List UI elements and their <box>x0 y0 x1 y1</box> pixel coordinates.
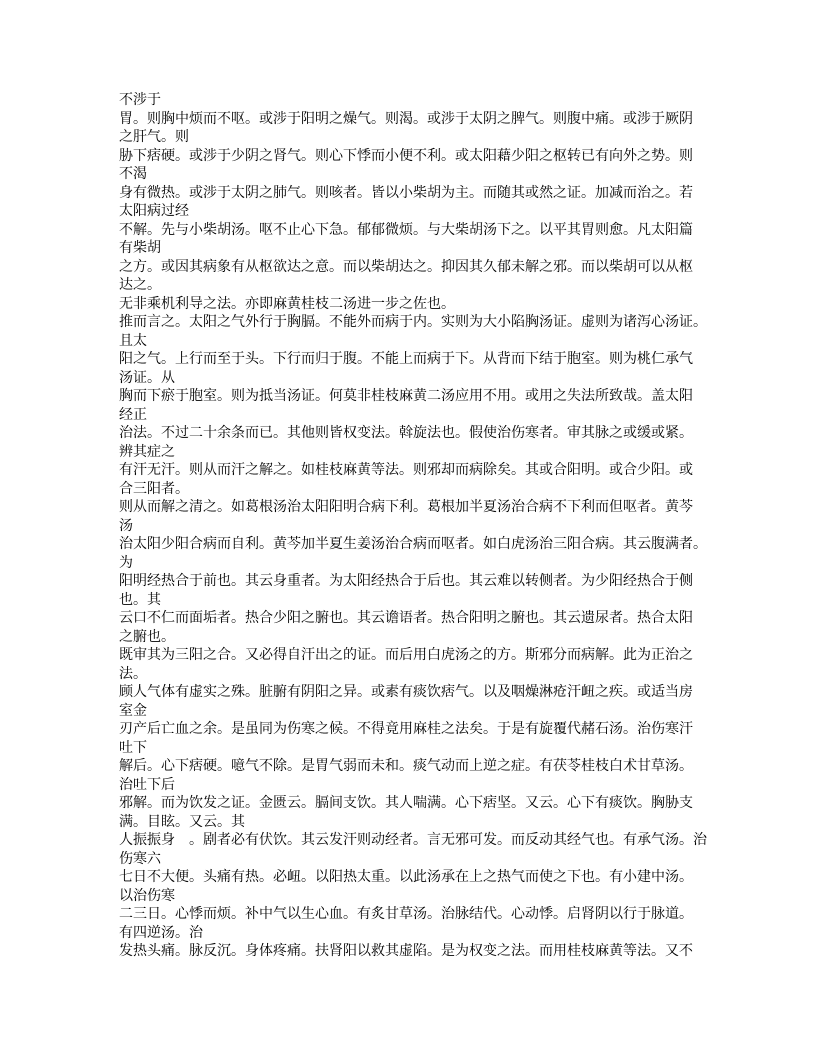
text-block: 不涉于胃。则胸中烦而不呕。或涉于阳明之燥气。则渴。或涉于太阴之脾气。则腹中痛。或… <box>119 92 715 962</box>
text-line: 胸而下瘀于胞室。则为抵当汤证。何莫非桂枝麻黄二汤应用不用。或用之失法所致哉。盖太… <box>119 388 715 407</box>
text-line: 胃。则胸中烦而不呕。或涉于阳明之燥气。则渴。或涉于太阴之脾气。则腹中痛。或涉于厥… <box>119 111 715 130</box>
text-line: 之方。或因其病象有从枢欲达之意。而以柴胡达之。抑因其久郁未解之邪。而以柴胡可以从… <box>119 259 715 278</box>
text-line: 胁下痞硬。或涉于少阴之肾气。则心下悸而小便不利。或太阳藉少阳之枢转已有向外之势。… <box>119 148 715 167</box>
text-line: 既审其为三阳之合。又必得自汗出之的证。而后用白虎汤之的方。斯邪分而病解。此为正治… <box>119 647 715 666</box>
text-line: 经正 <box>119 407 715 426</box>
text-line: 之肝气。则 <box>119 129 715 148</box>
text-line: 不涉于 <box>119 92 715 111</box>
text-line: 解后。心下痞硬。噫气不除。是胃气弱而未和。痰气动而上逆之症。有茯苓桂枝白术甘草汤… <box>119 758 715 777</box>
text-line: 太阳病过经 <box>119 203 715 222</box>
text-line: 云口不仁而面垢者。热合少阳之腑也。其云谵语者。热合阳明之腑也。其云遗尿者。热合太… <box>119 610 715 629</box>
text-line: 阳之气。上行而至于头。下行而归于腹。不能上而病于下。从背而下结于胞室。则为桃仁承… <box>119 351 715 370</box>
text-line: 为 <box>119 555 715 574</box>
text-line: 辨其症之 <box>119 444 715 463</box>
text-line: 室金 <box>119 703 715 722</box>
text-line: 身有微热。或涉于太阴之肺气。则咳者。皆以小柴胡为主。而随其或然之证。加减而治之。… <box>119 185 715 204</box>
text-line: 有柴胡 <box>119 240 715 259</box>
text-line: 达之。 <box>119 277 715 296</box>
text-line: 之腑也。 <box>119 629 715 648</box>
text-line: 二三日。心悸而烦。补中气以生心血。有炙甘草汤。治脉结代。心动悸。启肾阴以行于脉道… <box>119 906 715 925</box>
text-line: 刃产后亡血之余。是虽同为伤寒之候。不得竟用麻桂之法矣。于是有旋覆代赭石汤。治伤寒… <box>119 721 715 740</box>
text-line: 有四逆汤。治 <box>119 925 715 944</box>
text-line: 不解。先与小柴胡汤。呕不止心下急。郁郁微烦。与大柴胡汤下之。以平其胃则愈。凡太阳… <box>119 222 715 241</box>
text-line: 汤 <box>119 518 715 537</box>
text-line: 推而言之。太阳之气外行于胸膈。不能外而病于内。实则为大小陷胸汤证。虚则为诸泻心汤… <box>119 314 715 333</box>
text-line: 法。 <box>119 666 715 685</box>
text-line: 治太阳少阳合病而自利。黄芩加半夏生姜汤治合病而呕者。如白虎汤治三阳合病。其云腹满… <box>119 536 715 555</box>
text-line: 也。其 <box>119 592 715 611</box>
text-line: 治吐下后 <box>119 777 715 796</box>
text-line: 治法。不过二十余条而已。其他则皆权变法。斡旋法也。假使治伤寒者。审其脉之或缓或紧… <box>119 425 715 444</box>
text-line: 吐下 <box>119 740 715 759</box>
text-line: 顾人气体有虚实之殊。脏腑有阴阳之异。或素有痰饮痞气。以及咽燥淋疮汗衄之疾。或适当… <box>119 684 715 703</box>
text-line: 发热头痛。脉反沉。身体疼痛。扶肾阳以救其虚陷。是为权变之法。而用桂枝麻黄等法。又… <box>119 943 715 962</box>
text-line: 且太 <box>119 333 715 352</box>
text-line: 汤证。从 <box>119 370 715 389</box>
text-line: 伤寒六 <box>119 851 715 870</box>
text-line: 阳明经热合于前也。其云身重者。为太阳经热合于后也。其云难以转侧者。为少阳经热合于… <box>119 573 715 592</box>
text-line: 人振振身 。剧者必有伏饮。其云发汗则动经者。言无邪可发。而反动其经气也。有承气汤… <box>119 832 715 851</box>
text-line: 则从而解之清之。如葛根汤治太阳阳明合病下利。葛根加半夏汤治合病不下利而但呕者。黄… <box>119 499 715 518</box>
text-line: 有汗无汗。则从而汗之解之。如桂枝麻黄等法。则邪却而病除矣。其或合阳明。或合少阳。… <box>119 462 715 481</box>
document-page: 不涉于胃。则胸中烦而不呕。或涉于阳明之燥气。则渴。或涉于太阴之脾气。则腹中痛。或… <box>0 0 816 1056</box>
text-line: 不渴 <box>119 166 715 185</box>
text-line: 满。目眩。又云。其 <box>119 814 715 833</box>
text-line: 七日不大便。头痛有热。必衄。以阳热太重。以此汤承在上之热气而使之下也。有小建中汤… <box>119 869 715 888</box>
text-line: 无非乘机利导之法。亦即麻黄桂枝二汤进一步之佐也。 <box>119 296 715 315</box>
text-line: 邪解。而为饮发之证。金匮云。膈间支饮。其人喘满。心下痞坚。又云。心下有痰饮。胸胁… <box>119 795 715 814</box>
text-line: 合三阳者。 <box>119 481 715 500</box>
text-line: 以治伤寒 <box>119 888 715 907</box>
